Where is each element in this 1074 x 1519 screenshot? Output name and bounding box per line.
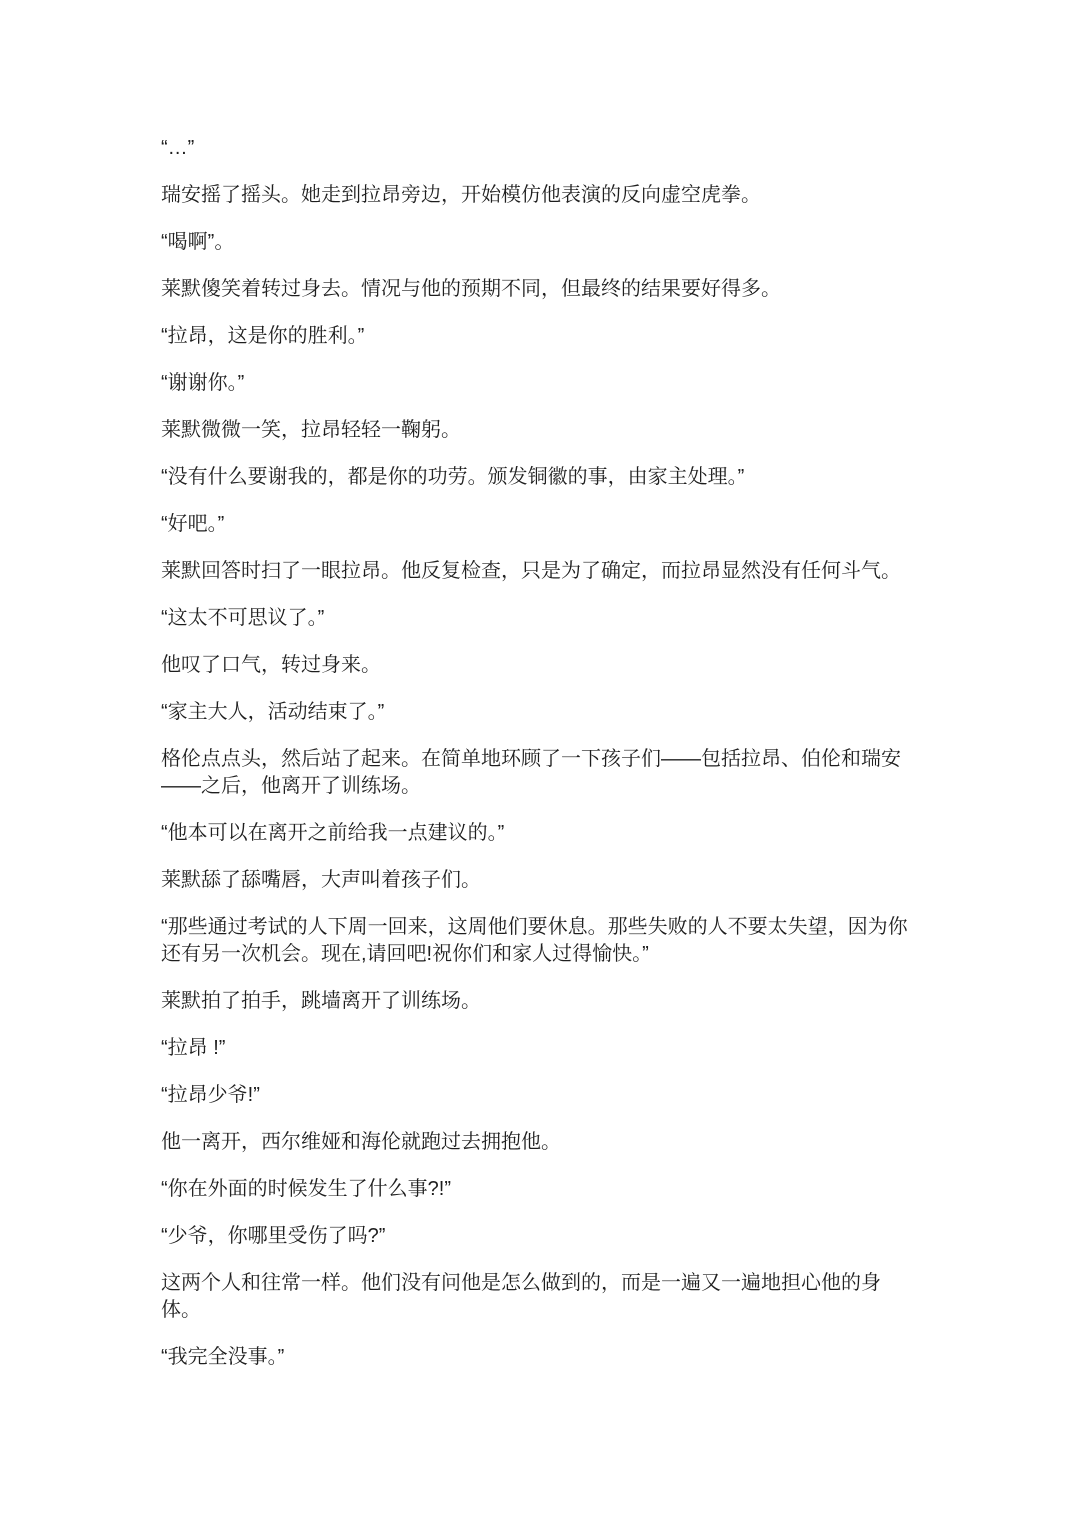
paragraph: “那些通过考试的人下周一回来，这周他们要休息。那些失败的人不要太失望，因为你还有… <box>161 914 918 968</box>
paragraph: 格伦点点头，然后站了起来。在简单地环顾了一下孩子们——包括拉昂、伯伦和瑞安——之… <box>161 746 918 800</box>
paragraph: “拉昂，这是你的胜利。” <box>161 323 918 350</box>
paragraph: 瑞安摇了摇头。她走到拉昂旁边，开始模仿他表演的反向虚空虎拳。 <box>161 182 918 209</box>
paragraph: 莱默回答时扫了一眼拉昂。他反复检查，只是为了确定，而拉昂显然没有任何斗气。 <box>161 558 918 585</box>
paragraph: 莱默拍了拍手，跳墙离开了训练场。 <box>161 988 918 1015</box>
paragraph: “谢谢你。” <box>161 370 918 397</box>
text-content: “…” 瑞安摇了摇头。她走到拉昂旁边，开始模仿他表演的反向虚空虎拳。 “喝啊”。… <box>161 135 918 1391</box>
paragraph: 莱默微微一笑，拉昂轻轻一鞠躬。 <box>161 417 918 444</box>
paragraph: “拉昂少爷!” <box>161 1082 918 1109</box>
paragraph: “好吧。” <box>161 511 918 538</box>
paragraph: “这太不可思议了。” <box>161 605 918 632</box>
document-page: “…” 瑞安摇了摇头。她走到拉昂旁边，开始模仿他表演的反向虚空虎拳。 “喝啊”。… <box>0 0 1074 1519</box>
paragraph: “少爷，你哪里受伤了吗?” <box>161 1223 918 1250</box>
paragraph: “…” <box>161 135 918 162</box>
paragraph: “你在外面的时候发生了什么事?!” <box>161 1176 918 1203</box>
paragraph: 这两个人和往常一样。他们没有问他是怎么做到的，而是一遍又一遍地担心他的身体。 <box>161 1270 918 1324</box>
paragraph: 他一离开，西尔维娅和海伦就跑过去拥抱他。 <box>161 1129 918 1156</box>
paragraph: “他本可以在离开之前给我一点建议的。” <box>161 820 918 847</box>
paragraph: 莱默舔了舔嘴唇，大声叫着孩子们。 <box>161 867 918 894</box>
paragraph: “我完全没事。” <box>161 1344 918 1371</box>
paragraph: 莱默傻笑着转过身去。情况与他的预期不同，但最终的结果要好得多。 <box>161 276 918 303</box>
paragraph: “家主大人，活动结束了。” <box>161 699 918 726</box>
paragraph: “喝啊”。 <box>161 229 918 256</box>
paragraph: “拉昂 !” <box>161 1035 918 1062</box>
paragraph: “没有什么要谢我的，都是你的功劳。颁发铜徽的事，由家主处理。” <box>161 464 918 491</box>
paragraph: 他叹了口气，转过身来。 <box>161 652 918 679</box>
